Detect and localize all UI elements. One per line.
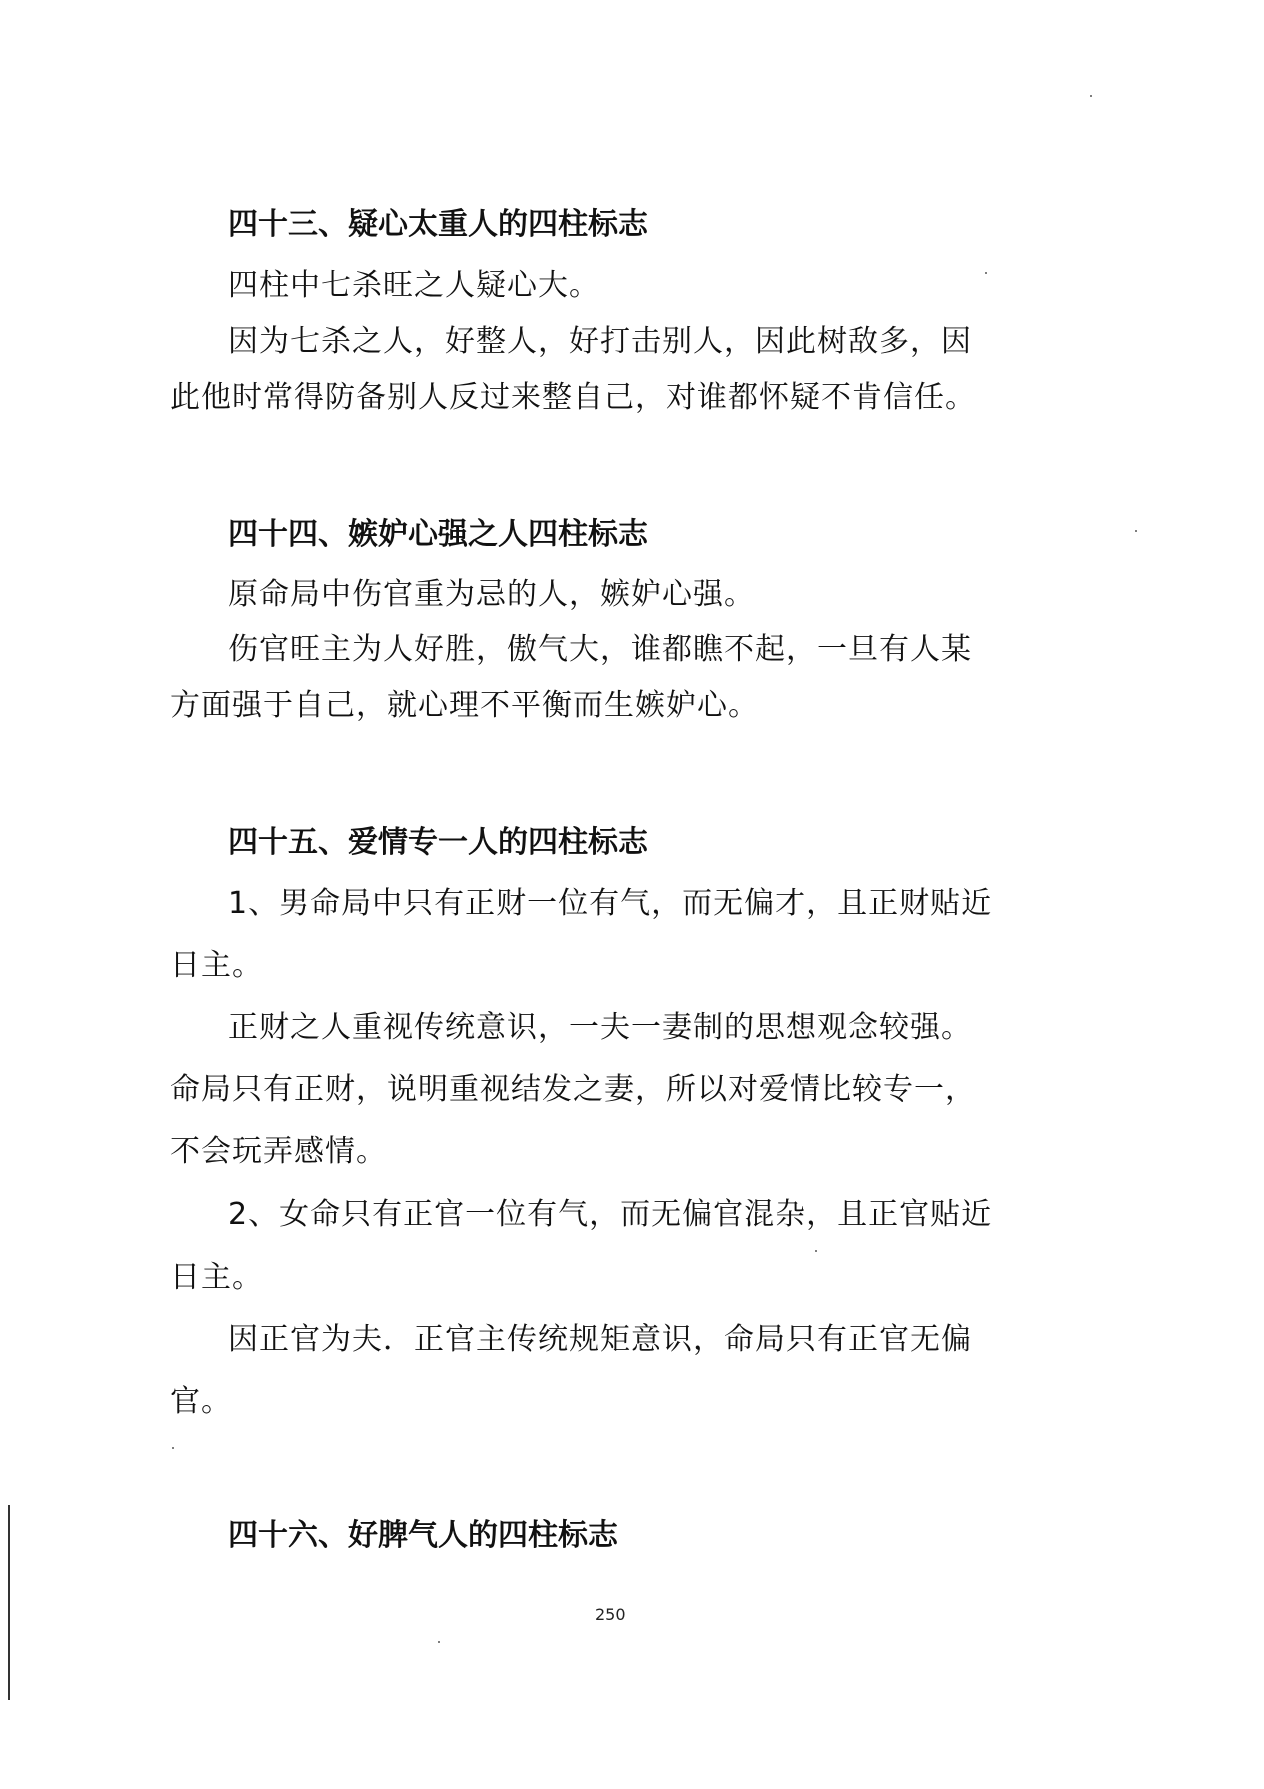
scan-speck: [1135, 530, 1137, 532]
paragraph-line: 不会玩弄感情。: [170, 1132, 1030, 1172]
paragraph-line: 四柱中七杀旺之人疑心大。: [228, 266, 1088, 306]
paragraph-line: 日主。: [170, 1258, 1030, 1298]
paragraph-line: 原命局中伤官重为忌的人，嫉妒心强。: [228, 575, 1088, 615]
paragraph-line: 正财之人重视传统意识，一夫一妻制的思想观念较强。: [228, 1008, 1088, 1048]
page-number: 250: [595, 1605, 626, 1624]
paragraph-line: 伤官旺主为人好胜，傲气大，谁都瞧不起，一旦有人某: [228, 630, 1088, 670]
scan-margin-line: [8, 1505, 10, 1700]
section-heading-44: 四十四、嫉妒心强之人四柱标志: [228, 515, 1088, 555]
paragraph-line: 因为七杀之人，好整人，好打击别人，因此树敌多，因: [228, 322, 1088, 362]
scan-speck: [172, 1447, 174, 1449]
document-page: 四十三、疑心太重人的四柱标志 四柱中七杀旺之人疑心大。 因为七杀之人，好整人，好…: [0, 0, 1264, 1789]
section-heading-43: 四十三、疑心太重人的四柱标志: [228, 205, 1088, 245]
section-heading-46: 四十六、好脾气人的四柱标志: [228, 1516, 1088, 1556]
paragraph-line: 1、男命局中只有正财一位有气，而无偏才，且正财贴近: [228, 884, 1088, 924]
paragraph-line: 官。: [170, 1382, 1030, 1422]
paragraph-line: 方面强于自己，就心理不平衡而生嫉妒心。: [170, 686, 1030, 726]
paragraph-line: 因正官为夫．正官主传统规矩意识，命局只有正官无偏: [228, 1320, 1088, 1360]
paragraph-line: 2、女命只有正官一位有气，而无偏官混杂，且正官贴近: [228, 1195, 1088, 1235]
section-heading-45: 四十五、爱情专一人的四柱标志: [228, 823, 1088, 863]
paragraph-line: 日主。: [170, 946, 1030, 986]
scan-speck: [1090, 95, 1092, 97]
scan-speck: [985, 272, 987, 274]
scan-speck: [438, 1641, 440, 1643]
paragraph-line: 命局只有正财，说明重视结发之妻，所以对爱情比较专一，: [170, 1070, 1030, 1110]
scan-speck: [815, 1250, 817, 1252]
paragraph-line: 此他时常得防备别人反过来整自己，对谁都怀疑不肯信任。: [170, 378, 1030, 418]
